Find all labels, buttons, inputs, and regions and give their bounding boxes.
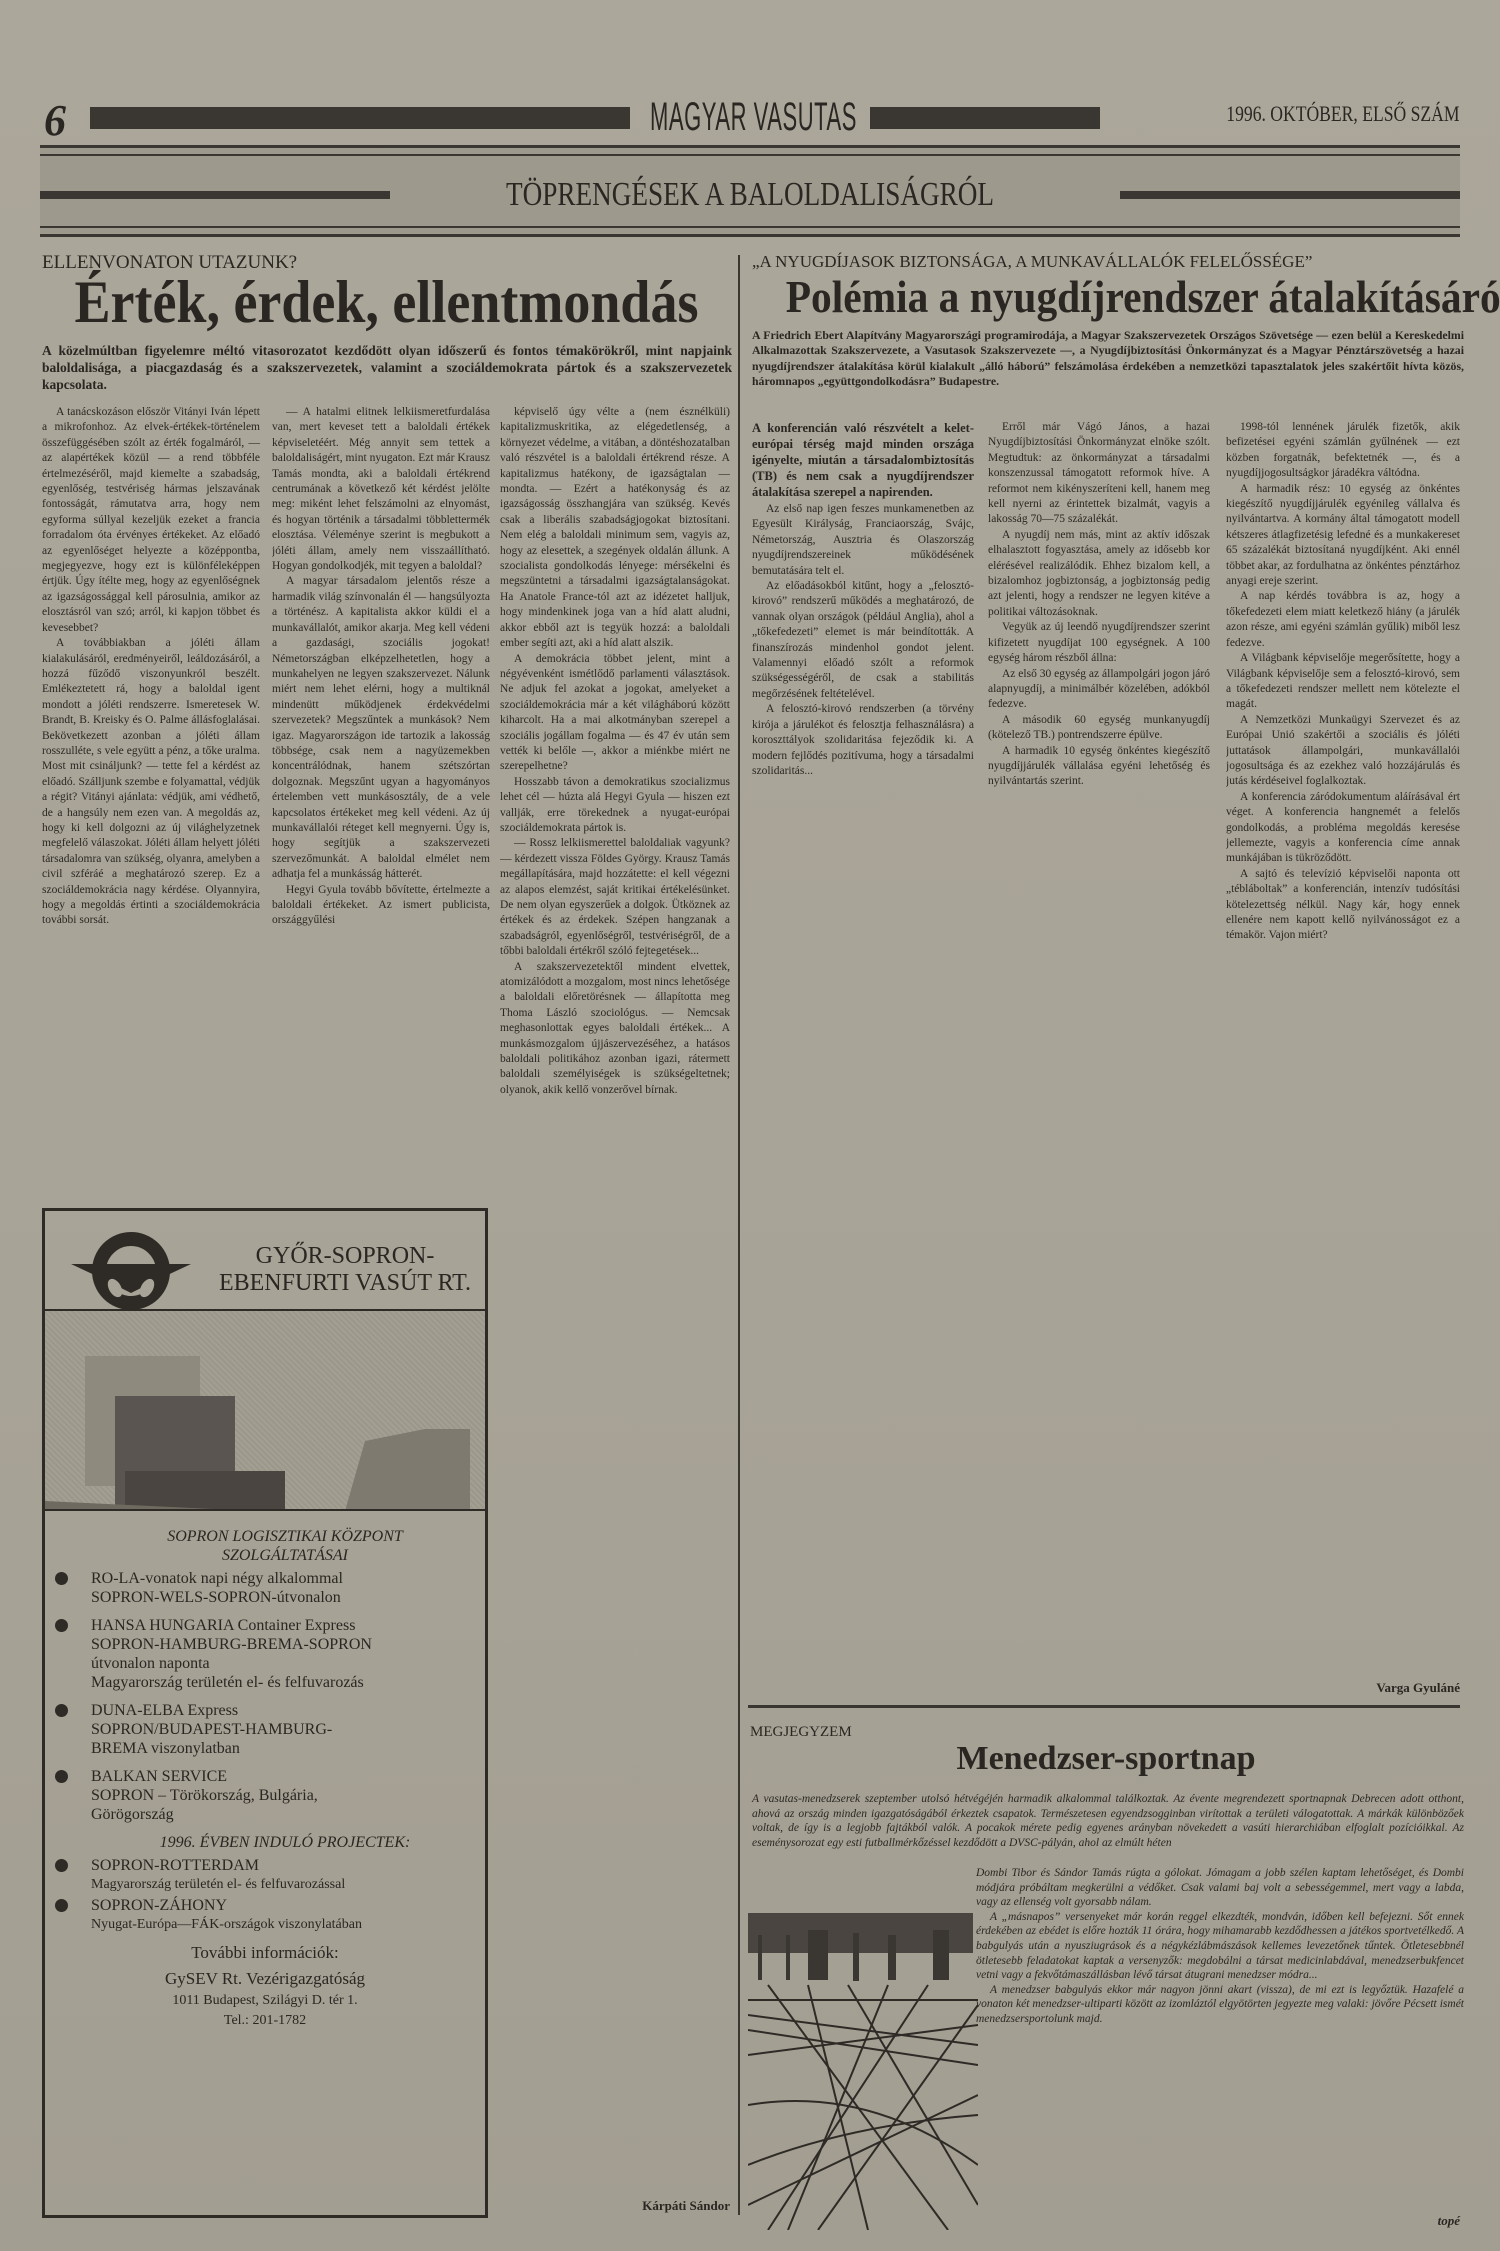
right-article-lead: A Friedrich Ebert Alapítvány Magyarorszá…: [752, 328, 1464, 389]
service-item: HANSA HUNGARIA Container Express SOPRON-…: [45, 1616, 485, 1692]
contact-address: 1011 Budapest, Szilágyi D. tér 1.: [45, 1993, 485, 2009]
column-divider: [738, 255, 740, 2215]
company-line: EBENFURTI VASÚT RT.: [205, 1270, 485, 1297]
service-title: HANSA HUNGARIA Container Express: [91, 1616, 485, 1635]
paragraph: A magyar társadalom jelentős része a har…: [272, 574, 490, 882]
truck-illustration-icon: [45, 1311, 485, 1511]
paragraph: A nap kérdés továbbra is az, hogy a tőke…: [1226, 589, 1460, 651]
section-banner: TÖPRENGÉSEK A BALOLDALISÁGRÓL: [40, 145, 1460, 237]
service-title: BALKAN SERVICE: [91, 1767, 485, 1786]
paragraph: A menedzser babgulyás ekkor már nagyon j…: [976, 1983, 1464, 2027]
project-title: SOPRON-ZÁHONY: [91, 1896, 485, 1915]
service-line: útvonalon naponta: [91, 1654, 485, 1673]
gysev-advertisement: GYŐR-SOPRON- EBENFURTI VASÚT RT. SOPRON …: [42, 1208, 488, 2218]
column-lead: A vasutas-menedzserek szeptember utolsó …: [752, 1792, 1464, 1850]
bullet-icon: [55, 1572, 68, 1585]
right-article-kicker: „A NYUGDÍJASOK BIZTONSÁGA, A MUNKAVÁLLAL…: [752, 252, 1312, 272]
paragraph: A sajtó és televízió képviselői naponta …: [1226, 867, 1460, 944]
left-article-headline: Érték, érdek, ellentmondás: [75, 268, 696, 337]
bullet-icon: [55, 1619, 68, 1632]
bullet-icon: [55, 1704, 68, 1717]
service-title: RO-LA-vonatok napi négy alkalommal: [91, 1569, 485, 1588]
ad-company-name: GYŐR-SOPRON- EBENFURTI VASÚT RT.: [205, 1243, 485, 1297]
column-signature: topé: [1438, 2213, 1460, 2229]
service-item: RO-LA-vonatok napi négy alkalommal SOPRO…: [45, 1569, 485, 1607]
masthead-bar-left: [90, 107, 630, 129]
projects-title: 1996. ÉVBEN INDULÓ PROJECTEK:: [85, 1833, 485, 1852]
project-line: Nyugat-Európa—FÁK-országok viszonylatába…: [91, 1915, 485, 1934]
right-article-intro: A konferencián való részvételt a kelet-e…: [752, 420, 974, 500]
service-title: DUNA-ELBA Express: [91, 1701, 485, 1720]
column-body: Dombi Tibor és Sándor Tamás rúgta a gólo…: [976, 1866, 1464, 2027]
service-line: SOPRON-WELS-SOPRON-útvonalon: [91, 1588, 485, 1607]
section-title: TÖPRENGÉSEK A BALOLDALISÁGRÓL: [182, 176, 1318, 214]
left-article-column-1: A tanácskozáson először Vitányi Iván lép…: [42, 405, 260, 929]
paragraph: A harmadik rész: 10 egység az önkéntes k…: [1226, 482, 1460, 590]
project-title: SOPRON-ROTTERDAM: [91, 1856, 485, 1875]
paragraph: A Nemzetközi Munkaügyi Szervezet és az E…: [1226, 713, 1460, 790]
truck-photo: [45, 1311, 485, 1511]
left-article-byline: Kárpáti Sándor: [500, 2198, 730, 2214]
ad-contact: További információk: GySEV Rt. Vezérigaz…: [45, 1943, 485, 2029]
contact-org: GySEV Rt. Vezérigazgatóság: [45, 1969, 485, 1989]
paragraph: A tanácskozáson először Vitányi Iván lép…: [42, 405, 260, 636]
paragraph: Hegyi Gyula tovább bővítette, értelmezte…: [272, 883, 490, 929]
paragraph: Erről már Vágó János, a hazai Nyugdíjbiz…: [988, 420, 1210, 528]
paragraph: Az első nap igen feszes munkamenetben az…: [752, 502, 974, 579]
company-line: GYŐR-SOPRON-: [205, 1243, 485, 1270]
service-line: SOPRON/BUDAPEST-HAMBURG-: [91, 1720, 485, 1739]
railway-illustration: [748, 1905, 978, 2230]
paragraph: A felosztó-kirovó rendszerben (a törvény…: [752, 702, 974, 779]
bullet-icon: [55, 1770, 68, 1783]
services-title-line: SOPRON LOGISZTIKAI KÖZPONT: [85, 1527, 485, 1546]
right-article-headline: Polémia a nyugdíjrendszer átalakításáról: [786, 270, 1430, 323]
paragraph: A szakszervezetektől mindent elvettek, a…: [500, 960, 730, 1099]
right-article-column-3: 1998-tól lennének járulék fizetők, akik …: [1226, 420, 1460, 1670]
paragraph: 1998-tól lennének járulék fizetők, akik …: [1226, 420, 1460, 482]
service-line: SOPRON – Törökország, Bulgária,: [91, 1786, 485, 1805]
service-item: BALKAN SERVICE SOPRON – Törökország, Bul…: [45, 1767, 485, 1824]
right-article-column-2: Erről már Vágó János, a hazai Nyugdíjbiz…: [988, 420, 1210, 1700]
column-kicker: MEGJEGYZEM: [750, 1724, 852, 1741]
service-line: SOPRON-HAMBURG-BREMA-SOPRON: [91, 1635, 485, 1654]
paragraph: Hosszabb távon a demokratikus szocializm…: [500, 775, 730, 837]
left-article-lead: A közelmúltban figyelemre méltó vitasoro…: [42, 342, 732, 393]
bullet-icon: [55, 1859, 68, 1872]
paper-name: MAGYAR VASUTAS: [650, 95, 857, 140]
gysev-logo-icon: [71, 1231, 191, 1311]
left-article-column-2: — A hatalmi elitnek lelkiismeretfurdalás…: [272, 405, 490, 1195]
masthead-bar-right: [870, 107, 1100, 129]
paragraph: Vegyük az új leendő nyugdíjrendszer szer…: [988, 620, 1210, 666]
service-item: DUNA-ELBA Express SOPRON/BUDAPEST-HAMBUR…: [45, 1701, 485, 1758]
left-article-column-3: képviselő úgy vélte a (nem észnélküli) k…: [500, 405, 730, 2185]
newspaper-page: 6 MAGYAR VASUTAS 1996. OKTÓBER, ELSŐ SZÁ…: [0, 0, 1500, 2251]
contact-phone: Tel.: 201-1782: [45, 2013, 485, 2029]
service-line: BREMA viszonylatban: [91, 1739, 485, 1758]
page-number: 6: [44, 95, 66, 146]
project-item: SOPRON-ROTTERDAM Magyarország területén …: [45, 1856, 485, 1894]
project-line: Magyarország területén el- és felfuvaroz…: [91, 1875, 485, 1894]
paragraph: Dombi Tibor és Sándor Tamás rúgta a gólo…: [976, 1866, 1464, 1910]
paragraph: A továbbiakban a jóléti állam kialakulás…: [42, 636, 260, 929]
column-headline: Menedzser-sportnap: [750, 1740, 1462, 1778]
ad-header: GYŐR-SOPRON- EBENFURTI VASÚT RT.: [45, 1211, 485, 1311]
paragraph: Az első 30 egység az állampolgári jogon …: [988, 667, 1210, 713]
contact-heading: További információk:: [45, 1943, 485, 1963]
issue-date: 1996. OKTÓBER, ELSŐ SZÁM: [1227, 101, 1460, 127]
paragraph: — Rossz lelkiismerettel baloldaliak vagy…: [500, 836, 730, 959]
bullet-icon: [55, 1899, 68, 1912]
paragraph: A „másnapos” versenyeket már korán regge…: [976, 1910, 1464, 1983]
right-article-column-1: A konferencián való részvételt a kelet-e…: [752, 420, 974, 1700]
paragraph: A Világbank képviselője megerősítette, h…: [1226, 651, 1460, 713]
service-line: Görögország: [91, 1805, 485, 1824]
paragraph: A harmadik 10 egység önkéntes kiegészítő…: [988, 744, 1210, 790]
paragraph: A nyugdíj nem más, mint az aktív időszak…: [988, 528, 1210, 620]
services-title: SOPRON LOGISZTIKAI KÖZPONT SZOLGÁLTATÁSA…: [85, 1527, 485, 1565]
masthead: 6 MAGYAR VASUTAS 1996. OKTÓBER, ELSŐ SZÁ…: [40, 95, 1460, 145]
section-rule: [748, 1705, 1460, 1708]
services-title-line: SZOLGÁLTATÁSAI: [85, 1546, 485, 1565]
paragraph: A demokrácia többet jelent, mint a négyé…: [500, 652, 730, 775]
ad-services: SOPRON LOGISZTIKAI KÖZPONT SZOLGÁLTATÁSA…: [45, 1521, 485, 2029]
service-line: Magyarország területén el- és felfuvaroz…: [91, 1673, 485, 1692]
project-item: SOPRON-ZÁHONY Nyugat-Európa—FÁK-országok…: [45, 1896, 485, 1934]
right-article-byline: Varga Gyuláné: [1226, 1680, 1460, 1696]
paragraph: Az előadásokból kitűnt, hogy a „felosztó…: [752, 579, 974, 702]
paragraph: A konferencia záródokumentum aláírásával…: [1226, 790, 1460, 867]
paragraph: — A hatalmi elitnek lelkiismeretfurdalás…: [272, 405, 490, 574]
railway-tracks-icon: [748, 1905, 978, 2230]
paragraph: A második 60 egység munkanyugdíj (kötele…: [988, 713, 1210, 744]
paragraph: képviselő úgy vélte a (nem észnélküli) k…: [500, 405, 730, 652]
